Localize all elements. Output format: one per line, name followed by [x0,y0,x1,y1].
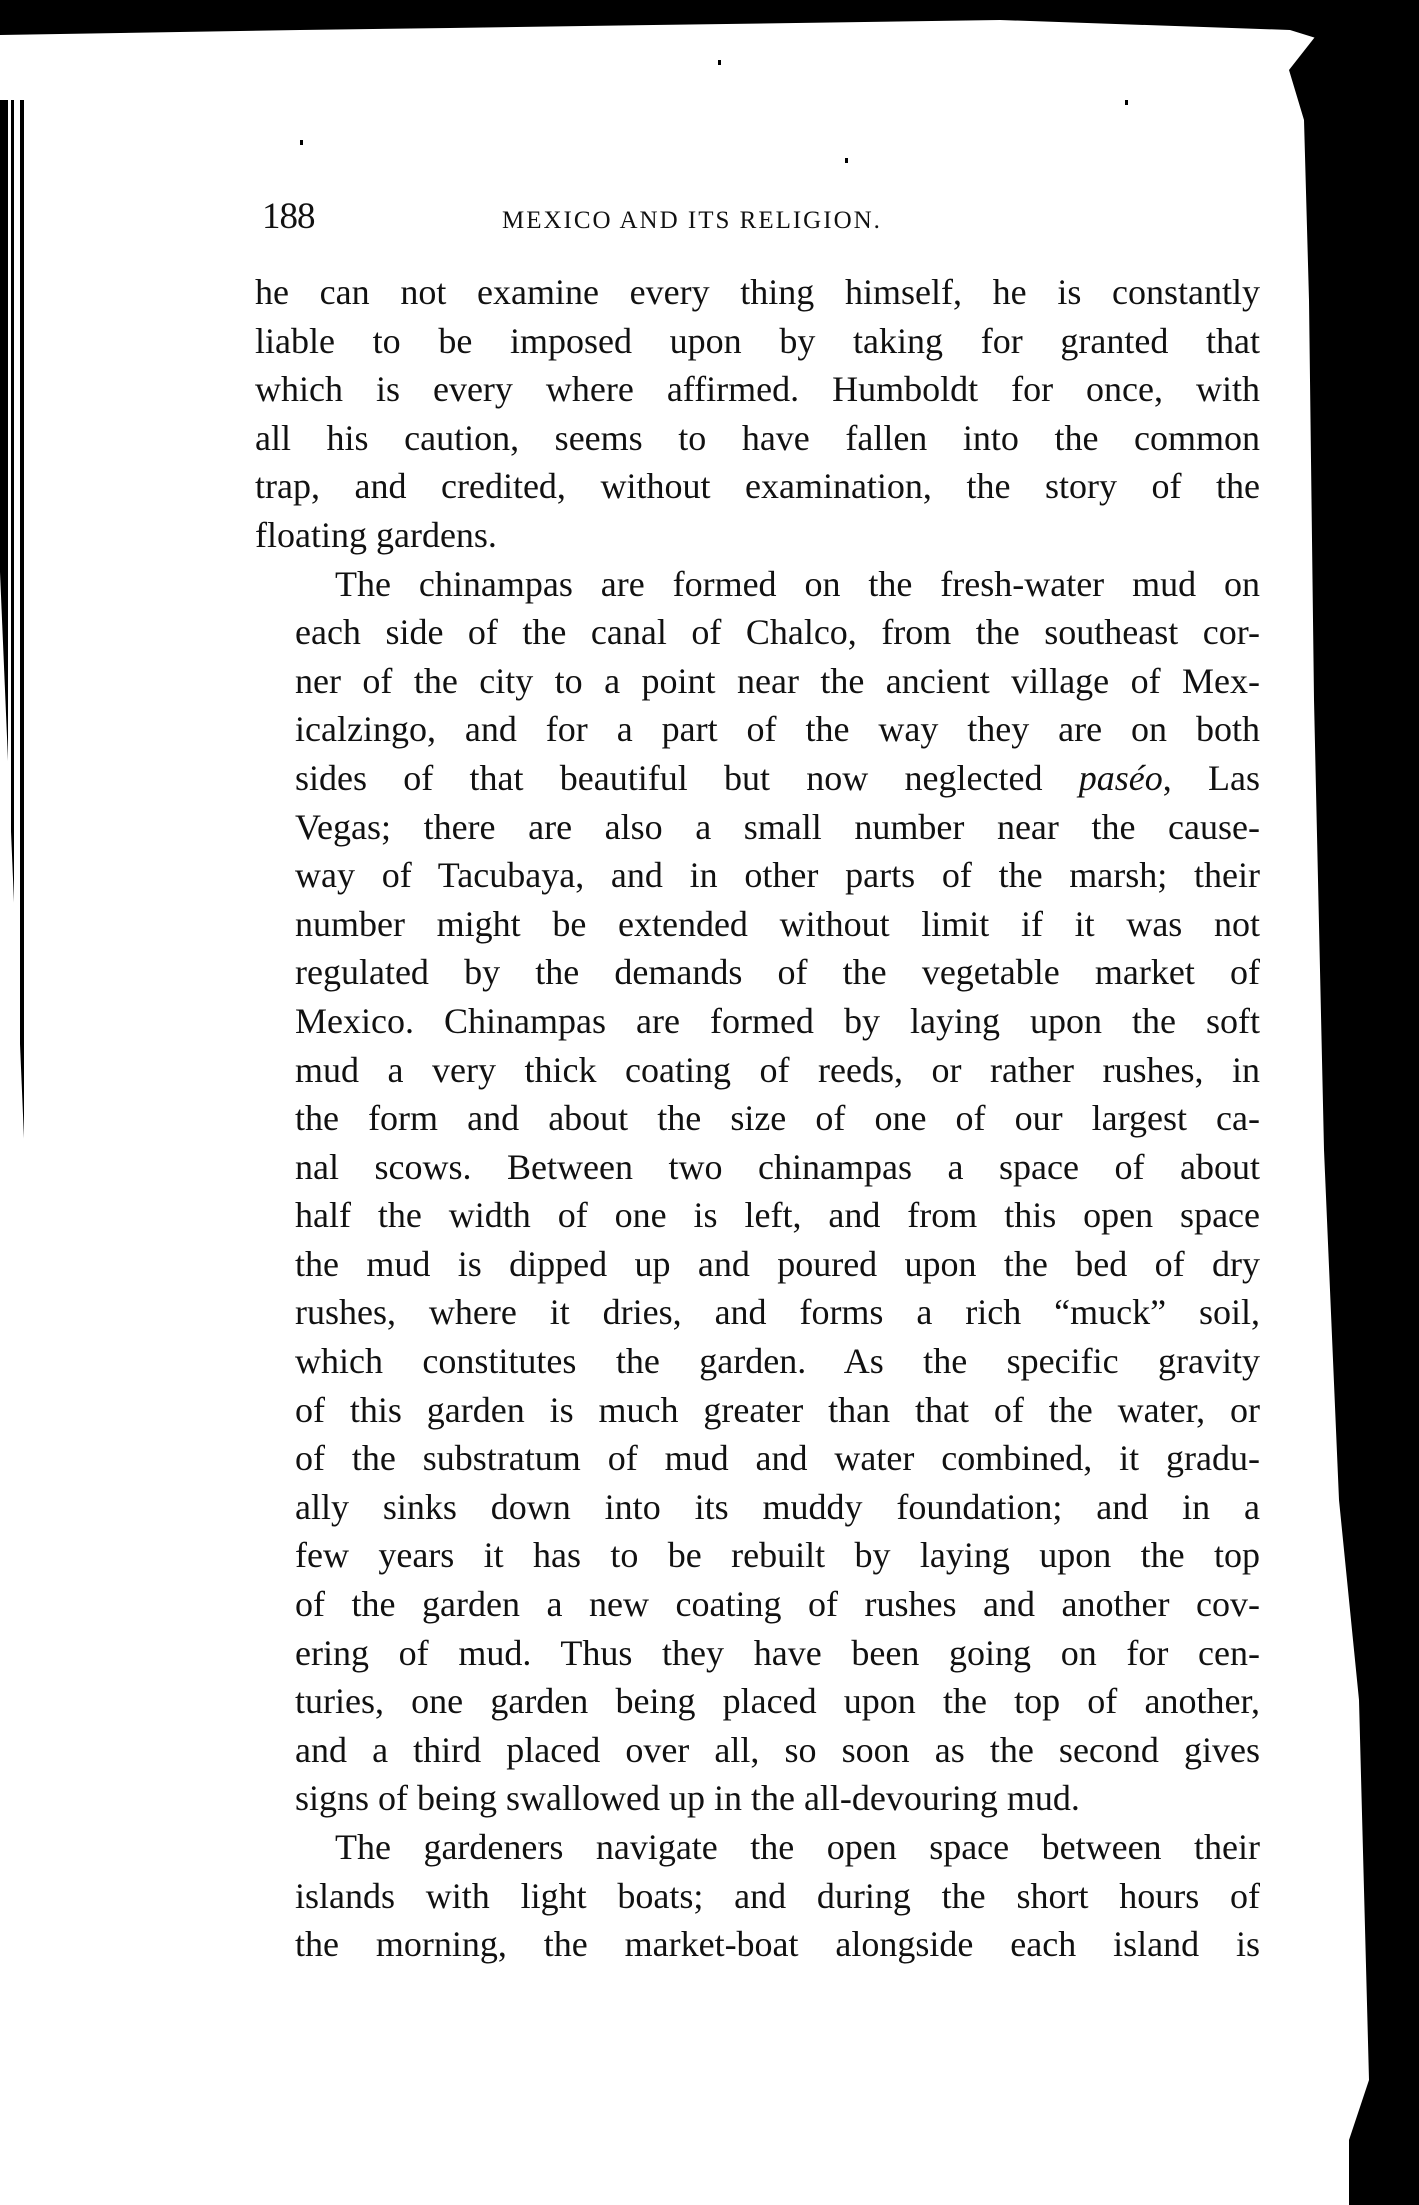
text-line: he can not examine every thing himself, … [255,268,1260,317]
text-line: ally sinks down into its muddy foundatio… [255,1483,1260,1532]
text-line: mud a very thick coating of reeds, or ra… [255,1046,1260,1095]
scan-speck [718,60,721,65]
body-text: he can not examine every thing himself, … [255,268,1260,1969]
text-line: Vegas; there are also a small number nea… [255,803,1260,852]
text-line: The chinampas are formed on the fresh-wa… [255,560,1260,609]
text-line: of the garden a new coating of rushes an… [255,1580,1260,1629]
text-line: all his caution, seems to have fallen in… [255,414,1260,463]
page-number: 188 [262,195,502,238]
paragraph-3: The gardeners navigate the open space be… [255,1823,1260,1969]
text-line: ering of mud. Thus they have been going … [255,1629,1260,1678]
scan-speck [845,158,848,163]
text-line: and a third placed over all, so soon as … [255,1726,1260,1775]
text-line: the mud is dipped up and poured upon the… [255,1240,1260,1289]
text-line: the form and about the size of one of ou… [255,1094,1260,1143]
scan-right-shadow [1289,0,1419,2205]
scan-speck [300,140,303,145]
text-line: islands with light boats; and during the… [255,1872,1260,1921]
text-line: ner of the city to a point near the anci… [255,657,1260,706]
text-line: turies, one garden being placed upon the… [255,1677,1260,1726]
scan-left-binding-lines [0,100,40,1280]
text-line: icalzingo, and for a part of the way the… [255,705,1260,754]
text-line: the morning, the market-boat alongside e… [255,1920,1260,1969]
text-line: which is every where affirmed. Humboldt … [255,365,1260,414]
text-line: number might be extended without limit i… [255,900,1260,949]
italic-word: paséo [1079,758,1163,798]
text-line: signs of being swallowed up in the all-d… [255,1774,1260,1823]
text-line: each side of the canal of Chalco, from t… [255,608,1260,657]
text-line: trap, and credited, without examination,… [255,462,1260,511]
text-line: few years it has to be rebuilt by laying… [255,1531,1260,1580]
scan-speck [1125,100,1128,105]
text-line: The gardeners navigate the open space be… [255,1823,1260,1872]
text-line: which constitutes the garden. As the spe… [255,1337,1260,1386]
text-line: liable to be imposed upon by taking for … [255,317,1260,366]
text-line: floating gardens. [255,511,1260,560]
text-line: way of Tacubaya, and in other parts of t… [255,851,1260,900]
text-line: of this garden is much greater than that… [255,1386,1260,1435]
scan-top-shadow [0,0,1419,70]
text-line: Mexico. Chinampas are formed by laying u… [255,997,1260,1046]
paragraph-2: The chinampas are formed on the fresh-wa… [255,560,1260,1823]
text-line: sides of that beautiful but now neglecte… [255,754,1260,803]
text-line: regulated by the demands of the vegetabl… [255,948,1260,997]
running-head-title: MEXICO AND ITS RELIGION. [502,207,882,235]
paragraph-1: he can not examine every thing himself, … [255,268,1260,560]
text-line: of the substratum of mud and water combi… [255,1434,1260,1483]
running-head: 188 MEXICO AND ITS RELIGION. [262,195,1262,235]
text-line: half the width of one is left, and from … [255,1191,1260,1240]
text-line: rushes, where it dries, and forms a rich… [255,1288,1260,1337]
text-line: nal scows. Between two chinampas a space… [255,1143,1260,1192]
